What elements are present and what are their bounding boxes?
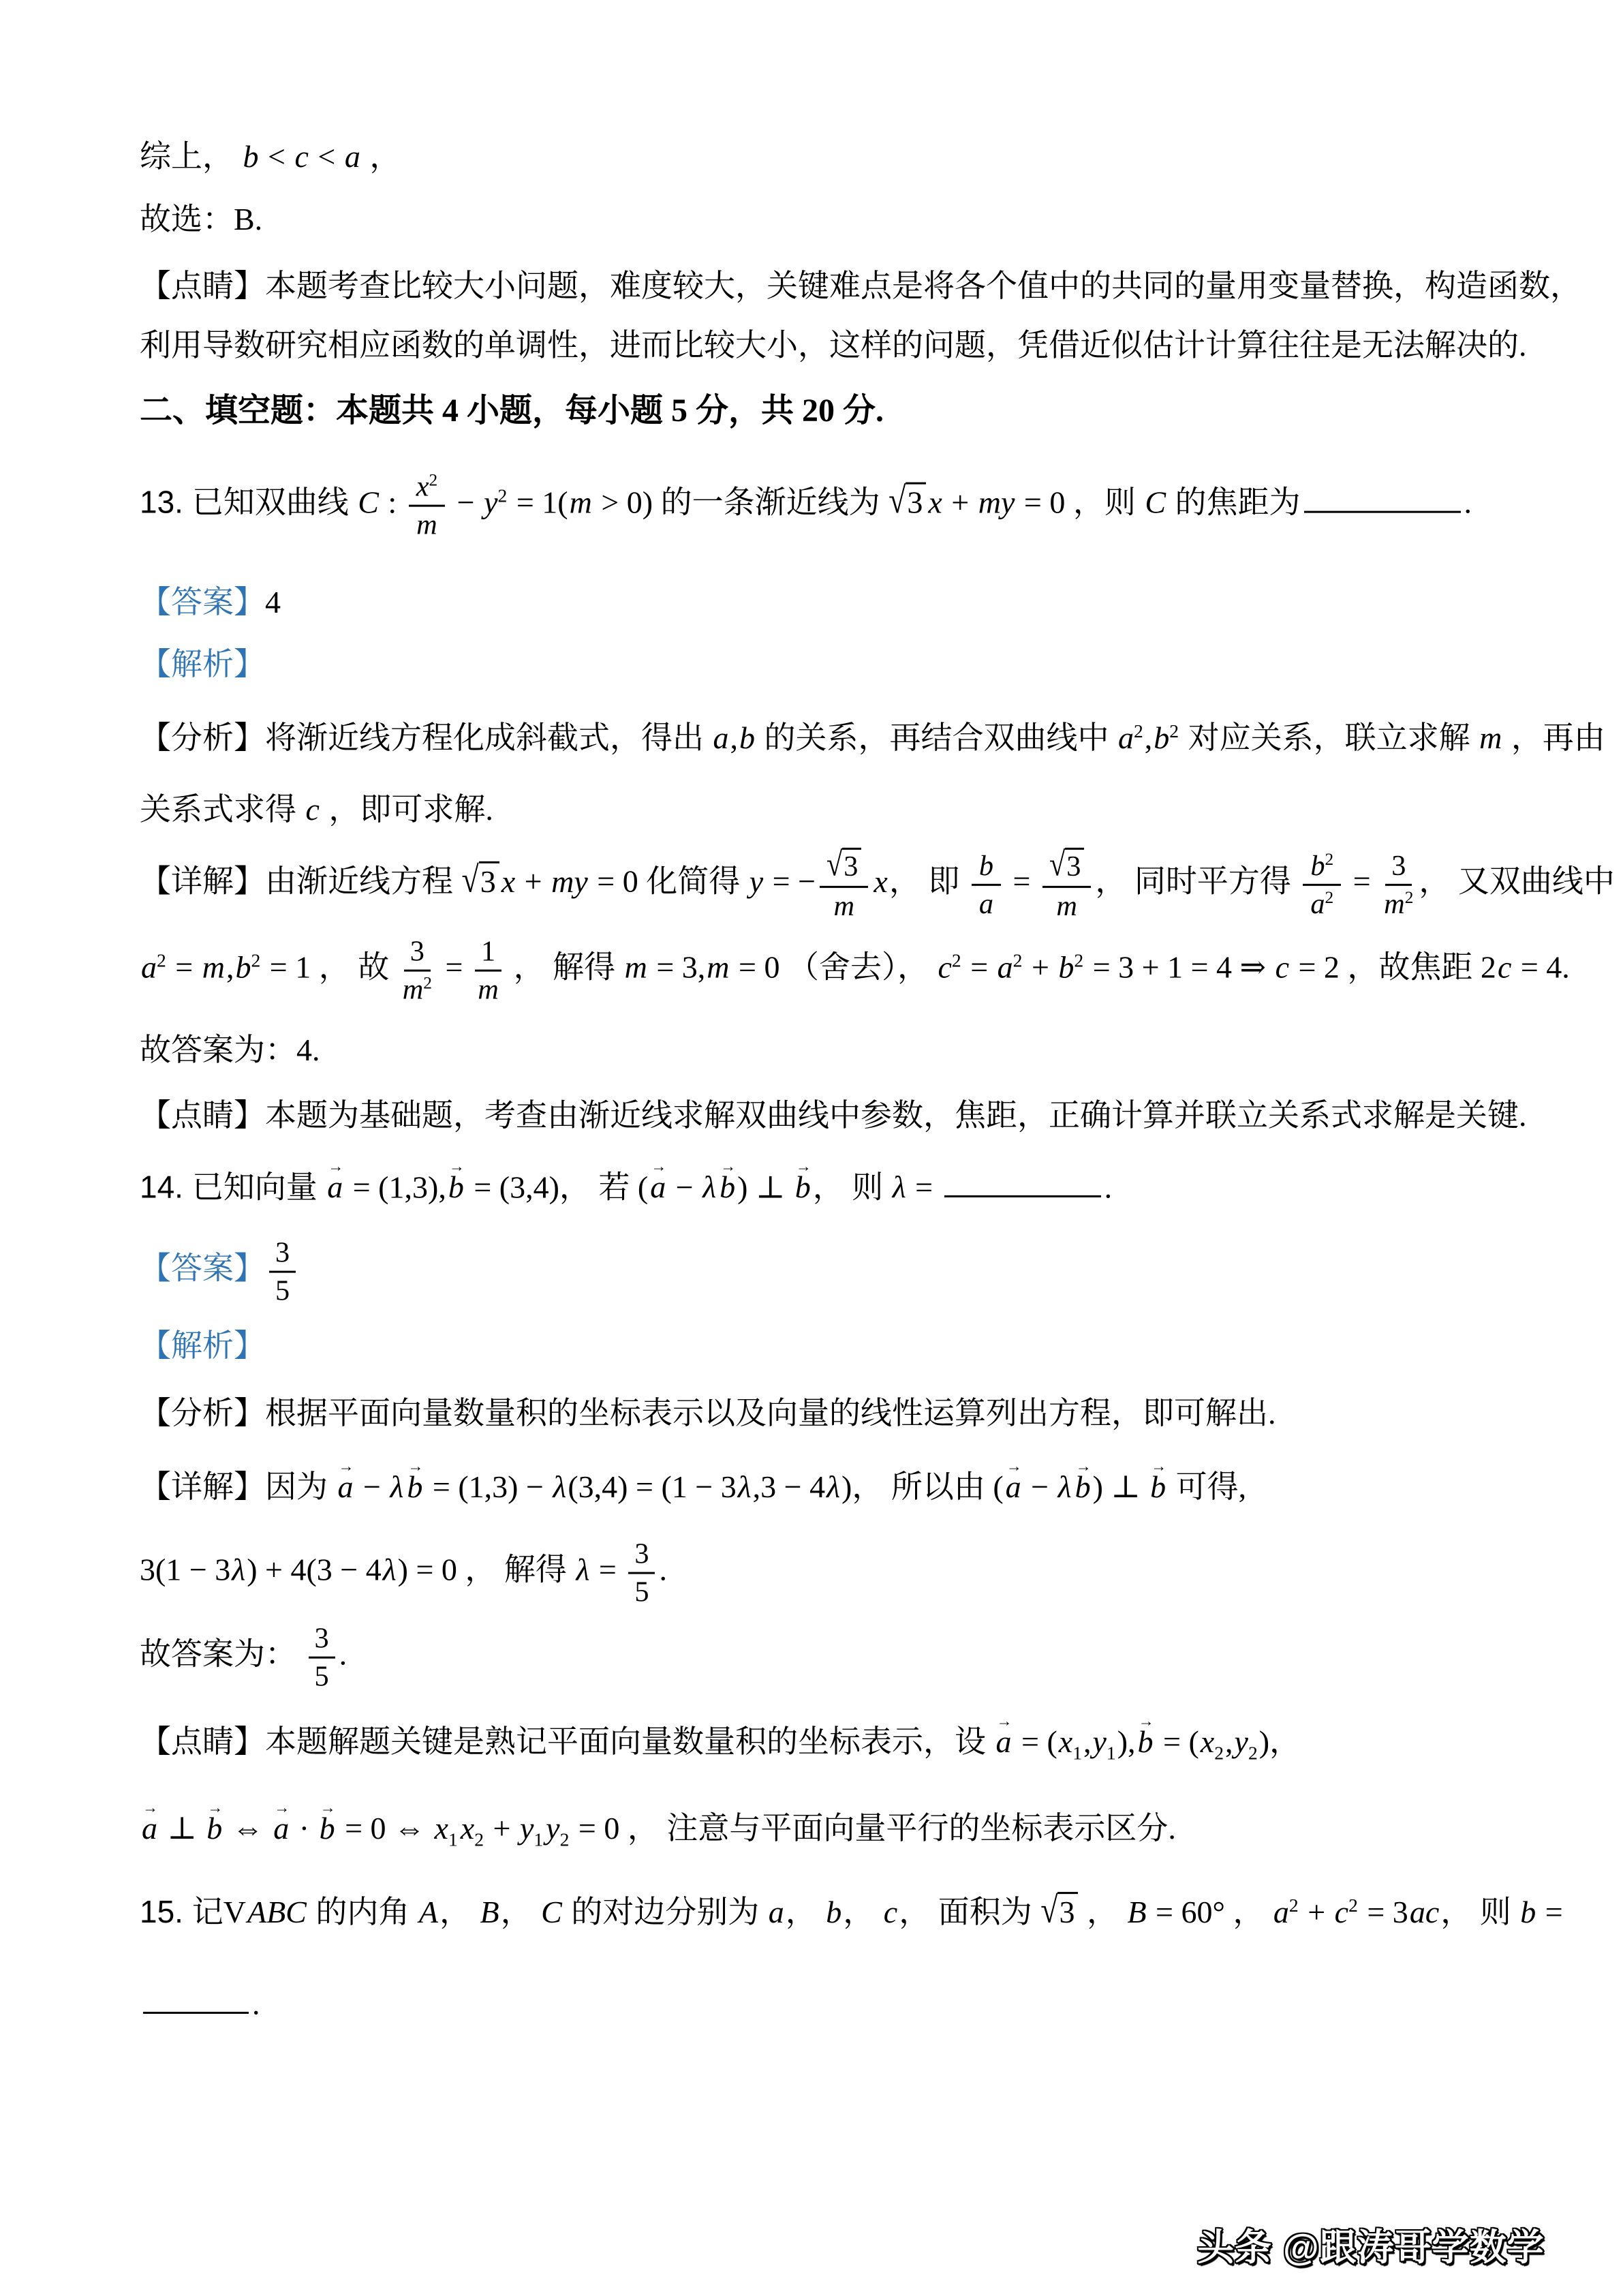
text-run: , xyxy=(226,950,234,985)
text-run: = 2 ，故焦距 2 xyxy=(1290,950,1496,985)
text-run: 【解析】 xyxy=(140,647,265,682)
fraction-numerator: 3 xyxy=(269,1236,296,1273)
math-var: m2 xyxy=(1382,888,1415,920)
vector-arrow-icon: → xyxy=(320,1800,336,1816)
math-var: a2 xyxy=(996,950,1024,985)
math-var: y1 xyxy=(1091,1724,1117,1759)
superscript: 2 xyxy=(1169,720,1179,741)
math-var: b xyxy=(738,720,756,755)
text-run: 的对边分别为 xyxy=(563,1895,767,1929)
text-run: ， 又双曲线中 xyxy=(1419,864,1615,899)
math-sqrt: √3 xyxy=(888,483,926,523)
math-vector: →b xyxy=(1073,1467,1093,1507)
text-run: − xyxy=(449,485,482,520)
text-run: = 0 化简得 xyxy=(589,864,748,899)
text-run: 3 xyxy=(1066,851,1081,883)
math-fraction: x2m xyxy=(409,470,445,542)
math-var: x xyxy=(927,485,943,520)
vector-arrow-icon: → xyxy=(1139,1713,1154,1729)
math-var: λ xyxy=(388,1469,405,1504)
text-run: 综上， xyxy=(140,139,242,174)
q14-detail-line2: 3(1 − 3λ) + 4(3 − 4λ) = 0 ， 解得 λ = 35. xyxy=(140,1537,667,1609)
q13-question: 13. 已知双曲线 C : x2m − y2 = 1(m > 0) 的一条渐近线… xyxy=(140,470,1472,542)
math-var: λ xyxy=(551,1469,568,1504)
text-run: − xyxy=(356,1469,389,1504)
superscript: 2 xyxy=(1289,1895,1299,1916)
fraction-denominator: m xyxy=(476,972,500,1006)
vector-arrow-icon: → xyxy=(796,1159,811,1174)
text-run: 【详解】由渐近线方程 xyxy=(140,864,461,899)
math-vector: →a xyxy=(648,1167,668,1208)
math-var: y1 xyxy=(519,1811,544,1846)
text-run: ， xyxy=(843,1895,882,1929)
math-var: c2 xyxy=(1333,1895,1359,1929)
math-vector: →a xyxy=(336,1467,356,1507)
radicand: 3 xyxy=(479,861,499,900)
math-var: y2 xyxy=(482,485,508,520)
math-var: a xyxy=(978,888,995,920)
math-var: λ xyxy=(574,1552,591,1587)
text-run: 记V xyxy=(192,1895,246,1929)
text-run: = 3 + 1 = 4 ⇒ xyxy=(1085,950,1273,985)
text-run: = 4. xyxy=(1513,950,1569,985)
math-vector: →b xyxy=(1136,1721,1156,1762)
text-run: < xyxy=(310,139,343,174)
math-vector: →a xyxy=(140,1808,159,1849)
q13-analysis-line1: 【分析】将渐近线方程化成斜截式，得出 a,b 的关系，再结合双曲线中 a2,b2… xyxy=(140,718,1605,759)
text-run: = 60° ， xyxy=(1148,1895,1272,1929)
text-run: = 0 ，则 xyxy=(1016,485,1143,520)
text-run: = − xyxy=(764,864,816,899)
superscript: 2 xyxy=(1134,720,1143,741)
text-run: = 3, xyxy=(649,950,705,985)
vector-arrow-icon: → xyxy=(339,1458,354,1474)
fraction-denominator: m xyxy=(1055,888,1079,922)
text-run: , xyxy=(1083,1724,1092,1759)
math-var: m2 xyxy=(401,974,433,1006)
text-run: = xyxy=(437,950,471,985)
subscript: 2 xyxy=(1248,1742,1258,1763)
text-run: , xyxy=(730,720,739,755)
math-fraction: 35 xyxy=(269,1236,296,1308)
text-run: 故答案为：4. xyxy=(140,1032,320,1067)
math-var: b xyxy=(242,139,260,174)
q14-answer: 【答案】35 xyxy=(140,1236,300,1308)
q12-comment-line1: 【点睛】本题考查比较大小问题，难度较大，关键难点是将各个值中的共同的量用变量替换… xyxy=(140,266,1581,307)
text-run: 的关系，再结合双曲线中 xyxy=(756,720,1117,755)
math-var: a xyxy=(343,139,362,174)
text-run: )， 所以由 ( xyxy=(841,1469,1004,1504)
text-run: ， xyxy=(786,1895,825,1929)
text-run: 【点睛】本题考查比较大小问题，难度较大，关键难点是将各个值中的共同的量用变量替换… xyxy=(140,269,1581,303)
answer-blank xyxy=(944,1167,1101,1197)
text-run: 3 xyxy=(844,851,858,883)
math-var: b2 xyxy=(1152,720,1180,755)
math-var: m xyxy=(415,509,439,541)
math-var: λ xyxy=(230,1552,247,1587)
fraction-denominator: 5 xyxy=(275,1273,290,1307)
text-run: 【解析】 xyxy=(140,1328,265,1363)
text-run: ， xyxy=(439,1895,479,1929)
text-run: 3 xyxy=(634,1538,649,1570)
superscript: 2 xyxy=(1325,850,1334,869)
math-var: B xyxy=(1126,1895,1147,1929)
text-run: 1 xyxy=(481,936,495,968)
text-run: 5 xyxy=(634,1576,649,1608)
q12-summary: 综上， b < c < a ， xyxy=(140,136,401,177)
math-var: a xyxy=(712,720,730,755)
text-run: 3 xyxy=(480,864,496,899)
superscript: 2 xyxy=(429,471,437,490)
vector-arrow-icon: → xyxy=(1076,1458,1092,1474)
math-var: λ xyxy=(891,1169,908,1204)
text-run: ， 面积为 xyxy=(899,1895,1040,1929)
vector-arrow-icon: → xyxy=(997,1713,1013,1729)
math-fraction: √3m xyxy=(820,847,868,922)
text-run: 二、填空题：本题共 4 小题，每小题 5 分，共 20 分. xyxy=(140,393,884,429)
text-run: ，再由 xyxy=(1503,720,1605,755)
math-var: y xyxy=(748,864,764,899)
text-run: 3 xyxy=(410,936,424,968)
math-var: ABC xyxy=(246,1895,308,1929)
math-var: b2 xyxy=(1057,950,1085,985)
text-run: 13. xyxy=(140,485,192,520)
subscript: 1 xyxy=(448,1828,458,1850)
answer-blank xyxy=(143,1983,249,2014)
math-sqrt: √3 xyxy=(462,861,499,902)
radical-sign-icon: √ xyxy=(888,476,906,525)
math-var: c2 xyxy=(936,950,962,985)
text-run: . xyxy=(252,1986,260,2021)
superscript: 2 xyxy=(423,974,432,993)
text-run: + xyxy=(944,485,977,520)
vector-arrow-icon: → xyxy=(328,1159,343,1174)
math-var: B xyxy=(478,1895,500,1929)
math-fraction: 3m2 xyxy=(401,935,433,1007)
text-run: 3 xyxy=(1059,1895,1075,1929)
text-run: 故答案为： xyxy=(140,1637,305,1672)
math-var: c xyxy=(1496,950,1513,985)
math-var: C xyxy=(540,1895,563,1929)
q14-conclusion: 故答案为： 35. xyxy=(140,1622,347,1694)
math-fraction: ba xyxy=(972,849,1001,921)
text-run: = 0 ， 注意与平面向量平行的坐标表示区分. xyxy=(570,1811,1175,1846)
text-run: 5 xyxy=(275,1275,290,1307)
fraction-denominator: a2 xyxy=(1309,886,1335,920)
text-run: )， xyxy=(1259,1724,1301,1759)
text-run: ， 则 xyxy=(1440,1895,1519,1929)
q15-blank: . xyxy=(140,1983,260,2024)
math-vector: →a xyxy=(325,1167,345,1208)
superscript: 2 xyxy=(1348,1895,1358,1916)
text-run: 【点睛】本题为基础题，考查由渐近线求解双曲线中参数，焦距，正确计算并联立关系式求… xyxy=(140,1098,1527,1133)
math-var: λ xyxy=(825,1469,841,1504)
text-run: · xyxy=(291,1811,317,1846)
superscript: 2 xyxy=(1325,888,1334,907)
fraction-denominator: 5 xyxy=(634,1574,649,1608)
text-run: 3 xyxy=(907,485,923,520)
math-var: m xyxy=(705,950,730,985)
text-run: + xyxy=(1023,950,1057,985)
math-var: x1 xyxy=(1057,1724,1083,1759)
fraction-numerator: 3 xyxy=(628,1537,655,1574)
text-run: 3 xyxy=(1391,850,1406,882)
text-run: 【点睛】本题解题关键是熟记平面向量数量积的坐标表示，设 xyxy=(140,1724,994,1759)
math-vector: →b xyxy=(717,1167,737,1208)
text-run: + xyxy=(1300,1895,1333,1929)
text-run: 【分析】根据平面向量数量积的坐标表示以及向量的线性运算列出方程，即可解出. xyxy=(140,1396,1276,1430)
math-var: λ xyxy=(1057,1469,1073,1504)
text-run: − xyxy=(1023,1469,1057,1504)
superscript: 2 xyxy=(1074,949,1083,970)
text-run: = xyxy=(1345,864,1378,899)
subscript: 1 xyxy=(534,1828,543,1850)
text-run: 关系式求得 xyxy=(140,792,305,827)
superscript: 2 xyxy=(952,949,961,970)
fraction-denominator: 5 xyxy=(315,1659,329,1693)
q13-detail-line2: a2 = m,b2 = 1 ， 故 3m2 = 1m ， 解得 m = 3,m … xyxy=(140,935,1570,1007)
text-run: , xyxy=(1145,720,1153,755)
vector-arrow-icon: → xyxy=(408,1458,424,1474)
math-var: ac xyxy=(1408,1895,1440,1929)
radicand: 3 xyxy=(842,848,861,884)
text-run: − xyxy=(668,1169,701,1204)
fraction-numerator: b2 xyxy=(1303,849,1341,886)
math-vector: →b xyxy=(318,1808,337,1849)
math-var: m xyxy=(623,950,649,985)
math-vector: →b xyxy=(446,1167,466,1208)
math-fraction: 35 xyxy=(628,1537,655,1609)
math-var: λ xyxy=(737,1469,753,1504)
text-run: . xyxy=(1104,1169,1113,1204)
text-run: = 0 （舍去）， xyxy=(731,950,937,985)
q15-question: 15. 记VABC 的内角 A， B， C 的对边分别为 a， b， c， 面积… xyxy=(140,1892,1563,1933)
math-var: m xyxy=(476,974,500,1006)
text-run: , xyxy=(1225,1724,1233,1759)
text-run: ) ⊥ xyxy=(1093,1469,1149,1504)
text-run: = ( xyxy=(1014,1724,1057,1759)
q14-comment-line1: 【点睛】本题解题关键是熟记平面向量数量积的坐标表示，设 →a = (x1,y1)… xyxy=(140,1721,1301,1762)
text-run: ， 即 xyxy=(889,864,968,899)
math-var: x2 xyxy=(415,471,439,503)
math-var: a2 xyxy=(140,950,168,985)
math-var: x xyxy=(872,864,888,899)
math-var: λ xyxy=(701,1169,717,1204)
math-var: b xyxy=(978,850,995,882)
text-run: ，即可求解. xyxy=(321,792,493,827)
fraction-denominator: a xyxy=(978,886,995,920)
subscript: 1 xyxy=(1072,1742,1082,1763)
text-run: 【答案】 xyxy=(140,585,265,619)
q13-conclusion: 故答案为：4. xyxy=(140,1030,320,1071)
text-run: ， 解得 xyxy=(506,950,623,985)
math-var: x2 xyxy=(1199,1724,1225,1759)
q12-comment-line2: 利用导数研究相应函数的单调性，进而比较大小，这样的问题，凭借近似估计计算往往是无… xyxy=(140,325,1527,366)
text-run: ) ⊥ xyxy=(737,1169,793,1204)
math-vector: →b xyxy=(793,1167,813,1208)
subscript: 2 xyxy=(560,1828,570,1850)
text-run: = xyxy=(1537,1895,1562,1929)
text-run: 15. xyxy=(140,1894,192,1929)
text-run: + xyxy=(485,1811,519,1846)
math-var: a xyxy=(767,1895,786,1929)
radicand: 3 xyxy=(1057,1892,1078,1931)
subscript: 1 xyxy=(1107,1742,1116,1763)
text-run: 利用导数研究相应函数的单调性，进而比较大小，这样的问题，凭借近似估计计算往往是无… xyxy=(140,328,1527,363)
q13-jiexi-label: 【解析】 xyxy=(140,644,265,685)
q14-question: 14. 已知向量 →a = (1,3),→b = (3,4)， 若 (→a − … xyxy=(140,1167,1112,1208)
fraction-numerator: √3 xyxy=(1042,847,1091,888)
text-run: 14. xyxy=(140,1169,192,1204)
fraction-numerator: b xyxy=(972,849,1001,886)
text-run: = xyxy=(591,1552,624,1587)
text-run: = 1 ， 故 xyxy=(262,950,397,985)
text-run: 【分析】将渐近线方程化成斜截式，得出 xyxy=(140,720,712,755)
text-run: ) + 4(3 − 4 xyxy=(247,1552,382,1587)
math-var: a2 xyxy=(1272,1895,1300,1929)
math-fraction: b2a2 xyxy=(1303,849,1341,921)
math-var: m xyxy=(832,890,856,922)
vector-arrow-icon: → xyxy=(651,1159,666,1174)
text-run: : xyxy=(380,485,405,520)
text-run: = (1,3) − xyxy=(424,1469,551,1504)
radicand: 3 xyxy=(1065,848,1084,884)
math-vector: →b xyxy=(1148,1467,1168,1507)
q14-analysis: 【分析】根据平面向量数量积的坐标表示以及向量的线性运算列出方程，即可解出. xyxy=(140,1393,1276,1434)
math-var: b2 xyxy=(234,950,262,985)
fraction-numerator: 3 xyxy=(1385,849,1412,886)
text-run: = (3,4)， 若 ( xyxy=(466,1169,648,1204)
text-run: 3 xyxy=(275,1237,290,1269)
text-run: 3(1 − 3 xyxy=(140,1552,230,1587)
math-vector: →b xyxy=(204,1808,224,1849)
text-run: = ( xyxy=(1156,1724,1199,1759)
superscript: 2 xyxy=(498,485,508,506)
math-var: c xyxy=(293,139,309,174)
text-run: 3 xyxy=(315,1623,329,1655)
q13-analysis-line2: 关系式求得 c ，即可求解. xyxy=(140,789,493,830)
math-var: b2 xyxy=(1309,850,1335,882)
text-run: 对应关系，联立求解 xyxy=(1180,720,1478,755)
math-var: b xyxy=(824,1895,843,1929)
math-fraction: √3m xyxy=(1042,847,1091,922)
math-vector: →a xyxy=(1004,1467,1023,1507)
math-var: C xyxy=(356,485,380,520)
text-run: ， 则 xyxy=(813,1169,891,1204)
math-var: my xyxy=(550,864,589,899)
math-var: A xyxy=(418,1895,439,1929)
math-var: a2 xyxy=(1309,888,1335,920)
math-var: x xyxy=(500,864,516,899)
vector-arrow-icon: → xyxy=(274,1800,290,1816)
superscript: 2 xyxy=(1013,949,1023,970)
radical-sign-icon: √ xyxy=(1040,1886,1057,1934)
text-run: . xyxy=(1464,485,1472,520)
radical-sign-icon: √ xyxy=(1049,846,1065,884)
math-sqrt: √3 xyxy=(826,848,861,884)
section-2-header: 二、填空题：本题共 4 小题，每小题 5 分，共 20 分. xyxy=(140,390,884,432)
math-vector: →a xyxy=(271,1808,291,1849)
superscript: 2 xyxy=(157,949,166,970)
math-var: c xyxy=(305,792,321,827)
text-run: + xyxy=(516,864,550,899)
math-vector: →b xyxy=(405,1467,424,1507)
fraction-denominator: m xyxy=(832,888,856,922)
subscript: 2 xyxy=(1214,1742,1224,1763)
math-var: my xyxy=(977,485,1017,520)
fraction-numerator: 1 xyxy=(475,935,501,972)
text-run: > 0) 的一条渐近线为 xyxy=(593,485,888,520)
math-var: m xyxy=(201,950,226,985)
text-run: 5 xyxy=(315,1661,329,1693)
math-var: λ xyxy=(382,1552,398,1587)
vector-arrow-icon: → xyxy=(1006,1458,1022,1474)
text-run: 【详解】因为 xyxy=(140,1469,336,1504)
text-run: ， 同时平方得 xyxy=(1095,864,1299,899)
q14-jiexi-label: 【解析】 xyxy=(140,1326,265,1366)
text-run: 可得, xyxy=(1168,1469,1246,1504)
text-run: < xyxy=(260,139,294,174)
text-run: ⊥ xyxy=(159,1811,204,1846)
document-page: 综上， b < c < a ，故选：B.【点睛】本题考查比较大小问题，难度较大，… xyxy=(0,0,1623,2296)
math-var: b xyxy=(1519,1895,1537,1929)
math-var: c xyxy=(882,1895,899,1929)
math-vector: →a xyxy=(994,1721,1014,1762)
text-run: (3,4) = (1 − 3 xyxy=(568,1469,736,1504)
q14-comment-line2: →a ⊥ →b ⇔ →a · →b = 0 ⇔ x1x2 + y1y2 = 0 … xyxy=(140,1808,1176,1849)
superscript: 2 xyxy=(251,949,260,970)
fraction-denominator: m2 xyxy=(1382,886,1415,920)
text-run: 【答案】 xyxy=(140,1251,265,1286)
q13-comment: 【点睛】本题为基础题，考查由渐近线求解双曲线中参数，焦距，正确计算并联立关系式求… xyxy=(140,1095,1527,1136)
text-run: ) = 0 ， 解得 xyxy=(398,1552,575,1587)
math-sqrt: √3 xyxy=(1049,848,1084,884)
text-run: ,3 − 4 xyxy=(753,1469,825,1504)
math-var: x1 xyxy=(433,1811,459,1846)
radical-sign-icon: √ xyxy=(462,855,479,904)
math-fraction: 1m xyxy=(475,935,501,1007)
text-run: = 0 ⇔ xyxy=(337,1811,433,1846)
radicand: 3 xyxy=(906,483,926,521)
math-fraction: 3m2 xyxy=(1382,849,1415,921)
fraction-numerator: x2 xyxy=(409,470,445,507)
text-run: ， xyxy=(501,1895,540,1929)
math-var: C xyxy=(1143,485,1167,520)
fraction-numerator: 3 xyxy=(309,1622,335,1659)
superscript: 2 xyxy=(1405,888,1414,907)
q13-detail-line1: 【详解】由渐近线方程 √3x + my = 0 化简得 y = −√3mx， 即… xyxy=(140,847,1615,922)
text-run: ， xyxy=(362,139,401,174)
math-sqrt: √3 xyxy=(1040,1892,1078,1933)
q12-choice: 故选：B. xyxy=(140,199,262,240)
text-run: ), xyxy=(1117,1724,1136,1759)
text-run: = 3 xyxy=(1359,1895,1408,1929)
math-var: a2 xyxy=(1117,720,1145,755)
text-run: = xyxy=(908,1169,941,1204)
math-var: m xyxy=(568,485,593,520)
vector-arrow-icon: → xyxy=(207,1800,223,1816)
subscript: 2 xyxy=(474,1828,484,1850)
q13-answer: 【答案】4 xyxy=(140,582,281,623)
text-run: 的焦距为 xyxy=(1167,485,1301,520)
text-run: 的内角 xyxy=(308,1895,418,1929)
fraction-numerator: √3 xyxy=(820,847,868,888)
math-var: x2 xyxy=(459,1811,485,1846)
text-run: ， xyxy=(1079,1895,1126,1929)
answer-blank xyxy=(1304,482,1461,512)
math-var: m xyxy=(1055,890,1079,922)
fraction-denominator: m xyxy=(415,507,439,541)
